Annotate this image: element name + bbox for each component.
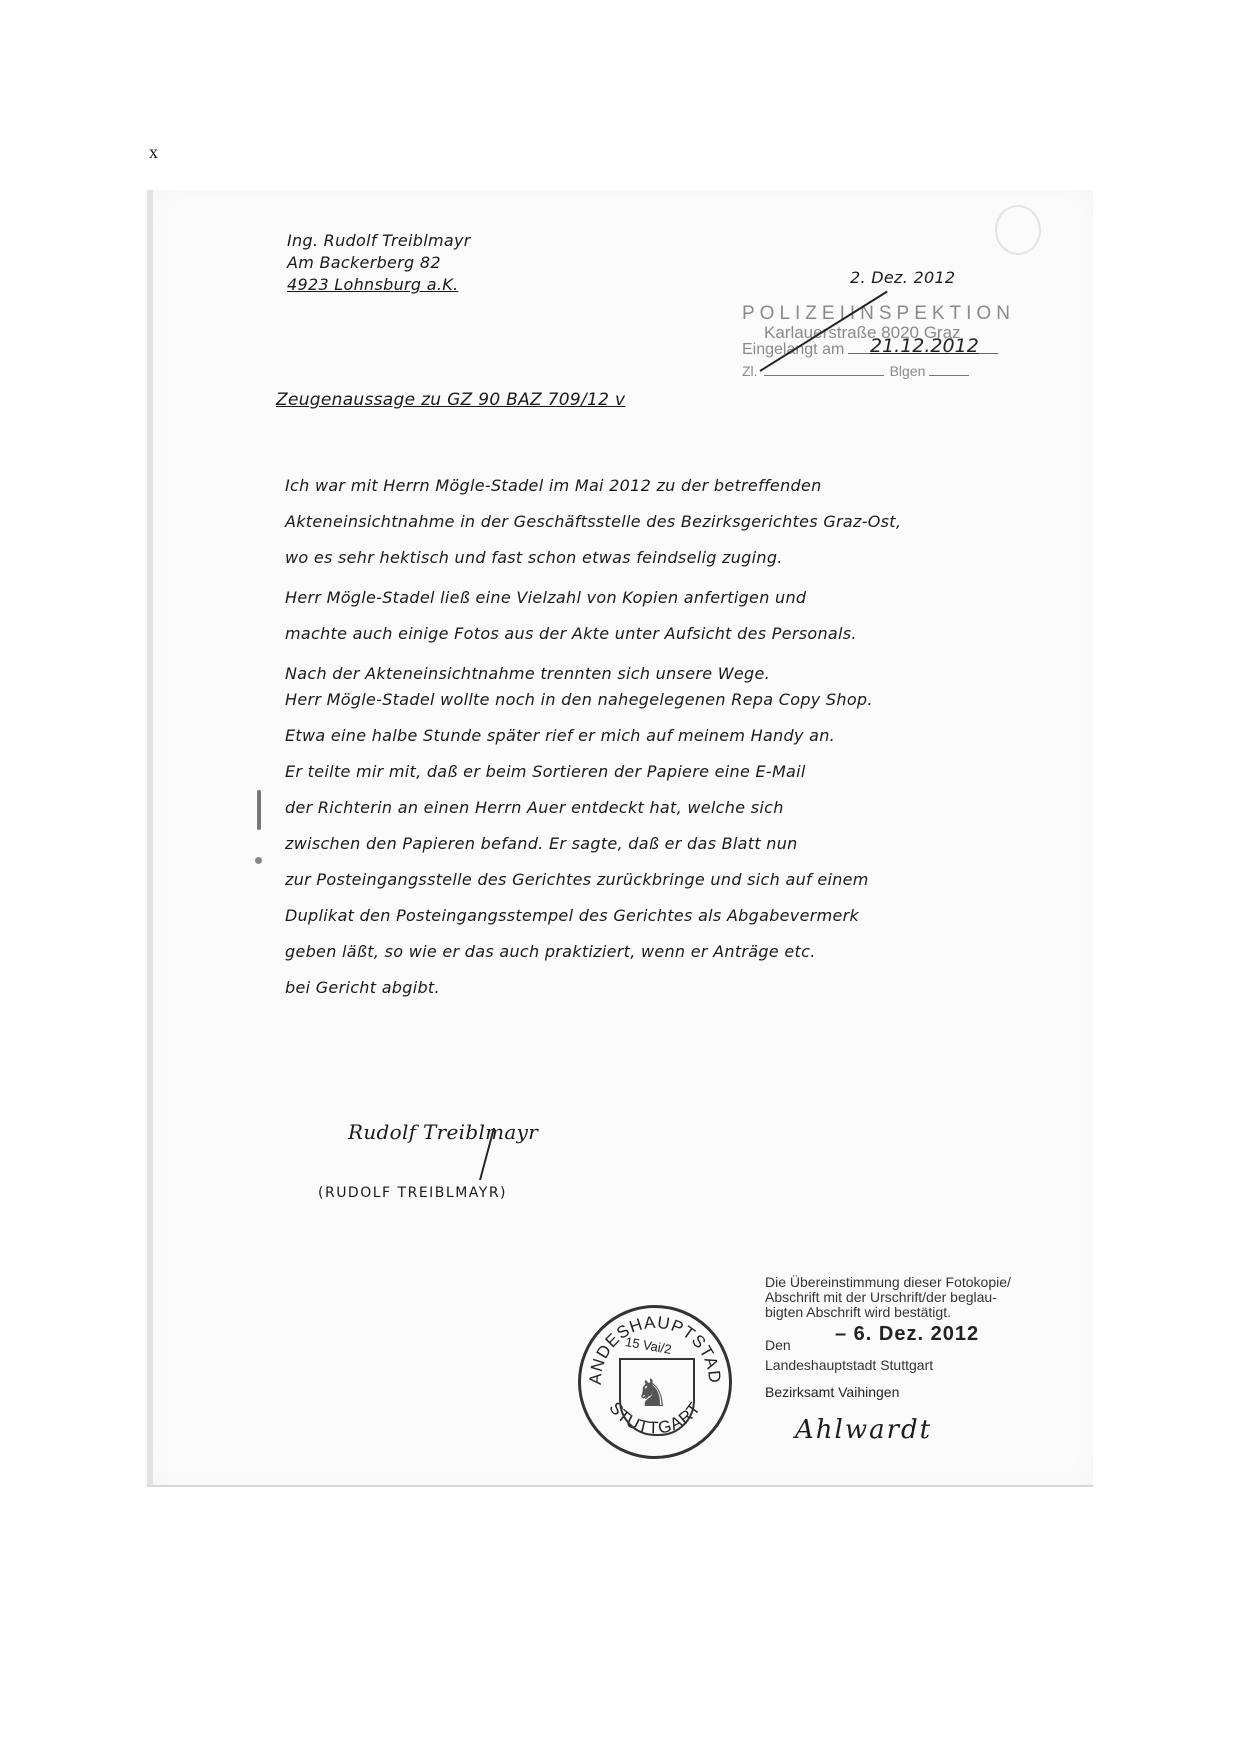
body-line: Akteneinsichtnahme in der Geschäftsstell… <box>285 504 901 540</box>
certification-line: Abschrift mit der Urschrift/der beglau- <box>765 1290 1011 1305</box>
city-seal: LANDESHAUPTSTADT STUTTGART 15 Vai/2 ♞ <box>578 1305 732 1459</box>
certification-date: – 6. Dez. 2012 <box>835 1327 979 1342</box>
stamp-line <box>764 375 884 376</box>
letter-subject: Zeugenaussage zu GZ 90 BAZ 709/12 v <box>276 390 625 410</box>
letter-body: Ich war mit Herrn Mögle-Stadel im Mai 20… <box>285 468 901 1006</box>
author-printed-name: (RUDOLF TREIBLMAYR) <box>318 1185 507 1201</box>
sender-city: 4923 Lohnsburg a.K. <box>287 274 471 296</box>
sender-name: Ing. Rudolf Treiblmayr <box>287 230 471 252</box>
certifier-signature: Ahlwardt <box>795 1415 932 1445</box>
body-line: geben läßt, so wie er das auch praktizie… <box>285 934 901 970</box>
certification-district: Bezirksamt Vaihingen <box>765 1385 1011 1400</box>
police-inspection-stamp: POLIZEIINSPEKTION Karlauerstraße 8020 Gr… <box>742 303 1042 379</box>
sender-street: Am Backerberg 82 <box>287 252 471 274</box>
author-signature: Rudolf Treiblmayr <box>348 1120 538 1144</box>
certification-office: Landeshauptstadt Stuttgart <box>765 1358 1011 1373</box>
faint-circle-mark <box>995 205 1041 255</box>
body-line: zwischen den Papieren befand. Er sagte, … <box>285 826 901 862</box>
stamp-zl-label: Zl. <box>742 363 758 379</box>
page-marker: x <box>149 142 158 163</box>
sender-address: Ing. Rudolf Treiblmayr Am Backerberg 82 … <box>287 230 471 296</box>
certification-stamp: Die Übereinstimmung dieser Fotokopie/ Ab… <box>765 1275 1011 1400</box>
margin-mark <box>257 790 261 830</box>
stamp-title: POLIZEIINSPEKTION <box>742 303 1042 325</box>
letter-date: 2. Dez. 2012 <box>850 268 955 287</box>
shield-icon: ♞ <box>619 1358 695 1436</box>
body-line: Herr Mögle-Stadel wollte noch in den nah… <box>285 682 901 718</box>
stamp-reference-row: Zl.Blgen <box>742 363 1042 379</box>
body-line: Er teilte mir mit, daß er beim Sortieren… <box>285 754 901 790</box>
stamp-received-date: 21.12.2012 <box>870 335 979 357</box>
body-line: wo es sehr hektisch und fast schon etwas… <box>285 540 901 576</box>
scan-edge <box>147 1485 1093 1487</box>
body-line: machte auch einige Fotos aus der Akte un… <box>285 616 901 652</box>
body-line: Herr Mögle-Stadel ließ eine Vielzahl von… <box>285 580 901 616</box>
body-line: zur Posteingangsstelle des Gerichtes zur… <box>285 862 901 898</box>
den-label: Den <box>765 1338 791 1353</box>
margin-dot <box>255 857 262 864</box>
stamp-attachments-label: Blgen <box>890 363 926 379</box>
certification-line: Die Übereinstimmung dieser Fotokopie/ <box>765 1275 1011 1290</box>
certification-date-row: Den – 6. Dez. 2012 <box>765 1330 1011 1352</box>
horse-icon: ♞ <box>635 1374 669 1414</box>
certification-line: bigten Abschrift wird bestätigt. <box>765 1305 1011 1320</box>
body-line: Duplikat den Posteingangsstempel des Ger… <box>285 898 901 934</box>
stamp-received-row: Eingelangt am 21.12.2012 <box>742 341 1042 359</box>
body-line: bei Gericht abgibt. <box>285 970 901 1006</box>
body-line: Etwa eine halbe Stunde später rief er mi… <box>285 718 901 754</box>
stamp-line <box>929 375 969 376</box>
body-line: der Richterin an einen Herrn Auer entdec… <box>285 790 901 826</box>
body-line: Ich war mit Herrn Mögle-Stadel im Mai 20… <box>285 468 901 504</box>
